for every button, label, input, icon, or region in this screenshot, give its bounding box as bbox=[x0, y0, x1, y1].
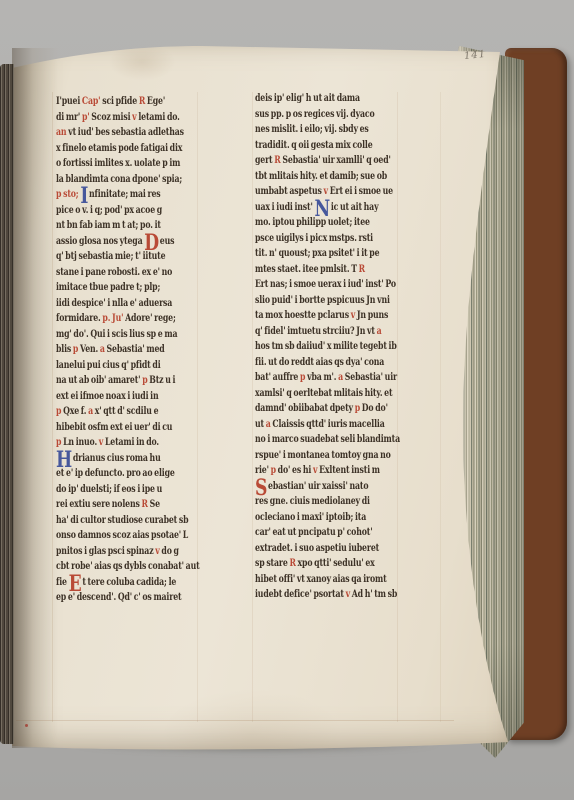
manuscript-line: blis p Ven. a Sebastia' med bbox=[56, 342, 203, 358]
text-segment: ep e' descend'. Qd' c' os mairet bbox=[56, 592, 181, 603]
manuscript-line: p Ln inuo. v Letami in do. bbox=[56, 435, 203, 451]
manuscript-line: iudebt defice' psortat v Ad h' tm sb bbox=[255, 587, 402, 603]
manuscript-line: ta mox hoestte pclarus v Jn puns bbox=[255, 308, 402, 324]
text-segment: formidare. bbox=[56, 313, 102, 324]
text-segment: iudebt defice' psortat bbox=[255, 589, 346, 600]
manuscript-line: x finelo etamis pode fatigai dix bbox=[56, 141, 203, 157]
text-segment: xamlsi' q oerltebat mlitais hity. et bbox=[255, 388, 392, 399]
text-segment: Claissis qttd' iuris macellia bbox=[271, 419, 385, 430]
manuscript-line: iidi despice' i nlla e' aduersa bbox=[56, 296, 203, 312]
manuscript-line: rspue' i montanea tomtoy gna no bbox=[255, 448, 402, 464]
manuscript-line: uax i iudi inst' Nic ut ait hay bbox=[255, 200, 402, 216]
manuscript-line: Ert nas; i smoe uerax i iud' inst' Po bbox=[255, 277, 402, 293]
text-segment: fie bbox=[56, 577, 69, 588]
manuscript-line: slio puid' i bortte pspicuus Jn vni bbox=[255, 293, 402, 309]
manuscript-line: no i marco suadebat seli blandimta bbox=[255, 432, 402, 448]
text-segment: ta mox hoestte pclarus bbox=[255, 310, 351, 321]
text-segment: xpo qtti' sedulu' ex bbox=[296, 558, 375, 569]
text-segment: do' es hi bbox=[276, 465, 313, 476]
manuscript-line: deis ip' elig' h ut ait dama bbox=[255, 91, 402, 107]
text-segment: drianus cius roma hu bbox=[73, 453, 161, 464]
text-segment: rei extiu sere nolens bbox=[56, 499, 141, 510]
manuscript-line: damnd' obiibabat dpety p Do do' bbox=[255, 401, 402, 417]
text-segment: ebastian' uir xaissi' nato bbox=[268, 481, 368, 492]
manuscript-line: pice o v. i q; pod' px acoe g bbox=[56, 203, 203, 219]
text-segment: ext ei ifmoe noax i iudi in bbox=[56, 391, 159, 402]
text-segment: hibet offi' vt xanoy aias qa iromt bbox=[255, 574, 387, 585]
text-segment: extradet. i suo aspetiu iuberet bbox=[255, 543, 379, 554]
manuscript-line: sp stare R xpo qtti' sedulu' ex bbox=[255, 556, 402, 572]
text-segment: onso damnos scoz aias psotae' L bbox=[56, 530, 188, 541]
text-segment: letami do. bbox=[137, 112, 180, 123]
text-segment: fii. ut do reddt aias qs dya' cona bbox=[255, 357, 384, 368]
manuscript-line: et e' ip defuncto. pro ao elige bbox=[56, 466, 203, 482]
text-segment: Ad h' tm sb bbox=[350, 589, 397, 600]
manuscript-line: onso damnos scoz aias psotae' L bbox=[56, 528, 203, 544]
text-segment: Qxe f. bbox=[61, 406, 88, 417]
text-segment: q' btj sebastia mie; t' iitute bbox=[56, 251, 165, 262]
text-segment: di mr' bbox=[56, 112, 82, 123]
text-segment: p' bbox=[82, 112, 90, 123]
text-segment: x finelo etamis pode fatigai dix bbox=[56, 143, 182, 154]
manuscript-line: car' eat ut pncipatu p' cohot' bbox=[255, 525, 402, 541]
text-segment: hos tm sb daiiud' x milite tegebt ib bbox=[255, 341, 397, 352]
manuscript-line: do ip' duelsti; if eos i ipe u bbox=[56, 482, 203, 498]
manuscript-line: lanelui pui cius q' pfidt di bbox=[56, 358, 203, 374]
manuscript-line: fii. ut do reddt aias qs dya' cona bbox=[255, 355, 402, 371]
manuscript-line: p Qxe f. a x' qtt d' scdilu e bbox=[56, 404, 203, 420]
manuscript-line: res gne. ciuis mediolaney di bbox=[255, 494, 402, 510]
text-segment: x' qtt d' scdilu e bbox=[93, 406, 158, 417]
text-segment: mo. iptou philipp uolet; itee bbox=[255, 217, 370, 228]
manuscript-line: Sebastian' uir xaissi' nato bbox=[255, 479, 402, 495]
text-segment: iidi despice' i nlla e' aduersa bbox=[56, 298, 172, 309]
text-segment: psce uigilys i picx mstps. rsti bbox=[255, 233, 373, 244]
manuscript-line: mo. iptou philipp uolet; itee bbox=[255, 215, 402, 231]
manuscript-line: extradet. i suo aspetiu iuberet bbox=[255, 541, 402, 557]
text-segment: car' eat ut pncipatu p' cohot' bbox=[255, 527, 372, 538]
manuscript-line: hibebit osfm ext ei uer' di cu bbox=[56, 420, 203, 436]
manuscript-line: tradidit. q oii gesta mix colle bbox=[255, 138, 402, 154]
manuscript-line: psce uigilys i picx mstps. rsti bbox=[255, 231, 402, 247]
text-segment: sci pfide bbox=[100, 96, 138, 107]
manuscript-line: assio glosa nos ytega Deus bbox=[56, 234, 203, 250]
text-segment: p. Ju' bbox=[102, 313, 123, 324]
photo-background: I'puei Cap' sci pfide R Ege'di mr' p' Sc… bbox=[0, 0, 574, 800]
manuscript-line: Hdrianus cius roma hu bbox=[56, 451, 203, 467]
manuscript-line: la blandimta cona dpone' spia; bbox=[56, 172, 203, 188]
text-segment: Cap' bbox=[82, 96, 100, 107]
text-segment: blis bbox=[56, 344, 73, 355]
ruling-line-vertical bbox=[52, 92, 53, 722]
text-segment: ocleciano i maxi' iptoib; ita bbox=[255, 512, 366, 523]
manuscript-page: I'puei Cap' sci pfide R Ege'di mr' p' Sc… bbox=[12, 44, 510, 750]
manuscript-line: formidare. p. Ju' Adore' rege; bbox=[56, 311, 203, 327]
text-segment: no i marco suadebat seli blandimta bbox=[255, 434, 400, 445]
manuscript-line: p sto; Infinitate; mai res bbox=[56, 187, 203, 203]
text-segment: vt iud' bes sebastia adlethas bbox=[66, 127, 183, 138]
text-segment: imitace tbue padre t; plp; bbox=[56, 282, 160, 293]
manuscript-line: sus pp. p os regices vij. dyaco bbox=[255, 107, 402, 123]
manuscript-line: bat' auffre p vba m'. a Sebastia' uir bbox=[255, 370, 402, 386]
text-segment: hibebit osfm ext ei uer' di cu bbox=[56, 422, 172, 433]
text-segment: Sebastia' uir bbox=[343, 372, 397, 383]
text-segment: assio glosa nos ytega bbox=[56, 236, 144, 247]
text-segment: Sebastia' med bbox=[105, 344, 165, 355]
manuscript-line: o fortissi imlites x. uolate p im bbox=[56, 156, 203, 172]
text-segment: umbabt aspetus bbox=[255, 186, 324, 197]
manuscript-line: ut a Claissis qttd' iuris macellia bbox=[255, 417, 402, 433]
manuscript-line: imitace tbue padre t; plp; bbox=[56, 280, 203, 296]
ruling-line-horizontal bbox=[16, 720, 454, 721]
text-segment: ut bbox=[255, 419, 266, 430]
text-segment: I'puei bbox=[56, 96, 82, 107]
manuscript-line: nt bn fab iam m t at; po. it bbox=[56, 218, 203, 234]
text-segment: Ert nas; i smoe uerax i iud' inst' Po bbox=[255, 279, 396, 290]
text-segment: sp stare bbox=[255, 558, 289, 569]
text-segment: gert bbox=[255, 155, 274, 166]
text-segment: Ven. bbox=[78, 344, 100, 355]
text-segment: rspue' i montanea tomtoy gna no bbox=[255, 450, 391, 461]
manuscript-line: tit. n' quoust; pxa psitet' i it pe bbox=[255, 246, 402, 262]
text-segment: mg' do'. Qui i scis lius sp e ma bbox=[56, 329, 177, 340]
text-segment: Do do' bbox=[360, 403, 388, 414]
manuscript-line: nes mislit. i eilo; vij. sbdy es bbox=[255, 122, 402, 138]
text-segment: res gne. ciuis mediolaney di bbox=[255, 496, 370, 507]
red-ink-dot bbox=[25, 724, 28, 727]
text-segment: o fortissi imlites x. uolate p im bbox=[56, 158, 180, 169]
text-segment: ha' di cultor studiose curabet sb bbox=[56, 515, 188, 526]
manuscript-line: q' btj sebastia mie; t' iitute bbox=[56, 249, 203, 265]
text-segment: eus bbox=[160, 236, 175, 247]
manuscript-line: mtes staet. itee pmlsit. T R bbox=[255, 262, 402, 278]
text-segment: tbt mlitais hity. et damib; sue ob bbox=[255, 171, 387, 182]
text-segment: nes mislit. i eilo; vij. sbdy es bbox=[255, 124, 369, 135]
manuscript-line: hos tm sb daiiud' x milite tegebt ib bbox=[255, 339, 402, 355]
text-segment: slio puid' i bortte pspicuus Jn vni bbox=[255, 295, 390, 306]
manuscript-line: hibet offi' vt xanoy aias qa iromt bbox=[255, 572, 402, 588]
manuscript-line: stane i pane robosti. ex e' no bbox=[56, 265, 203, 281]
manuscript-line: ext ei ifmoe noax i iudi in bbox=[56, 389, 203, 405]
text-segment: Se bbox=[148, 499, 160, 510]
text-segment: Scoz misi bbox=[89, 112, 132, 123]
manuscript-line: xamlsi' q oerltebat mlitais hity. et bbox=[255, 386, 402, 402]
text-column-left: I'puei Cap' sci pfide R Ege'di mr' p' Sc… bbox=[56, 94, 203, 606]
text-segment: pice o v. i q; pod' px acoe g bbox=[56, 205, 162, 216]
text-segment: la blandimta cona dpone' spia; bbox=[56, 174, 182, 185]
text-segment: damnd' obiibabat dpety bbox=[255, 403, 355, 414]
manuscript-line: rie' p do' es hi v Exltent insti m bbox=[255, 463, 402, 479]
text-segment: lanelui pui cius q' pfidt di bbox=[56, 360, 161, 371]
text-segment: p sto; bbox=[56, 189, 79, 200]
text-segment: tit. n' quoust; pxa psitet' i it pe bbox=[255, 248, 379, 259]
text-segment: Ert ei i smoe ue bbox=[328, 186, 393, 197]
text-segment: Ege' bbox=[145, 96, 165, 107]
text-segment: sus pp. p os regices vij. dyaco bbox=[255, 109, 375, 120]
text-segment: tradidit. q oii gesta mix colle bbox=[255, 140, 373, 151]
text-segment: bat' auffre bbox=[255, 372, 300, 383]
text-segment: pnitos i glas psci spinaz bbox=[56, 546, 155, 557]
text-segment: et e' ip defuncto. pro ao elige bbox=[56, 468, 175, 479]
manuscript-line: q' fidel' imtuetu strciiu? Jn vt a bbox=[255, 324, 402, 340]
text-segment: na ut ab oib' amaret' bbox=[56, 375, 142, 386]
manuscript-line: ha' di cultor studiose curabet sb bbox=[56, 513, 203, 529]
manuscript-line: tbt mlitais hity. et damib; sue ob bbox=[255, 169, 402, 185]
manuscript-line: an vt iud' bes sebastia adlethas bbox=[56, 125, 203, 141]
folio-number: 141 bbox=[463, 49, 486, 62]
text-segment: a bbox=[377, 326, 382, 337]
text-segment: stane i pane robosti. ex e' no bbox=[56, 267, 172, 278]
text-segment: Exltent insti m bbox=[317, 465, 380, 476]
text-segment: mtes staet. itee pmlsit. T bbox=[255, 264, 359, 275]
ruling-line-vertical bbox=[252, 92, 253, 722]
text-segment: Adore' rege; bbox=[123, 313, 175, 324]
manuscript-line: ep e' descend'. Qd' c' os mairet bbox=[56, 590, 203, 606]
text-segment: Jn puns bbox=[355, 310, 388, 321]
text-segment: do ip' duelsti; if eos i ipe u bbox=[56, 484, 162, 495]
text-segment: do g bbox=[160, 546, 179, 557]
gutter-page-edges bbox=[0, 64, 14, 744]
text-segment: nfinitate; mai res bbox=[89, 189, 161, 200]
manuscript-line: rei extiu sere nolens R Se bbox=[56, 497, 203, 513]
text-segment: vba m'. bbox=[305, 372, 338, 383]
text-segment: Btz u i bbox=[147, 375, 175, 386]
text-segment: uax i iudi inst' bbox=[255, 202, 314, 213]
text-column-right: deis ip' elig' h ut ait damasus pp. p os… bbox=[255, 91, 402, 603]
text-segment: Letami in do. bbox=[103, 437, 159, 448]
manuscript-line: gert R Sebastia' uir xamlli' q oed' bbox=[255, 153, 402, 169]
text-segment: Sebastia' uir xamlli' q oed' bbox=[281, 155, 391, 166]
text-segment: ic ut ait hay bbox=[331, 202, 379, 213]
text-segment: deis ip' elig' h ut ait dama bbox=[255, 93, 360, 104]
text-segment: R bbox=[359, 264, 365, 275]
ruling-line-vertical bbox=[440, 92, 441, 722]
text-segment: an bbox=[56, 127, 66, 138]
manuscript-line: I'puei Cap' sci pfide R Ege' bbox=[56, 94, 203, 110]
text-segment: t tere coluba cadida; le bbox=[82, 577, 176, 588]
manuscript-line: na ut ab oib' amaret' p Btz u i bbox=[56, 373, 203, 389]
manuscript-line: pnitos i glas psci spinaz v do g bbox=[56, 544, 203, 560]
manuscript-line: di mr' p' Scoz misi v letami do. bbox=[56, 110, 203, 126]
manuscript-line: mg' do'. Qui i scis lius sp e ma bbox=[56, 327, 203, 343]
text-segment: q' fidel' imtuetu strciiu? Jn vt bbox=[255, 326, 377, 337]
manuscript-line: ocleciano i maxi' iptoib; ita bbox=[255, 510, 402, 526]
manuscript-line: fie Et tere coluba cadida; le bbox=[56, 575, 203, 591]
